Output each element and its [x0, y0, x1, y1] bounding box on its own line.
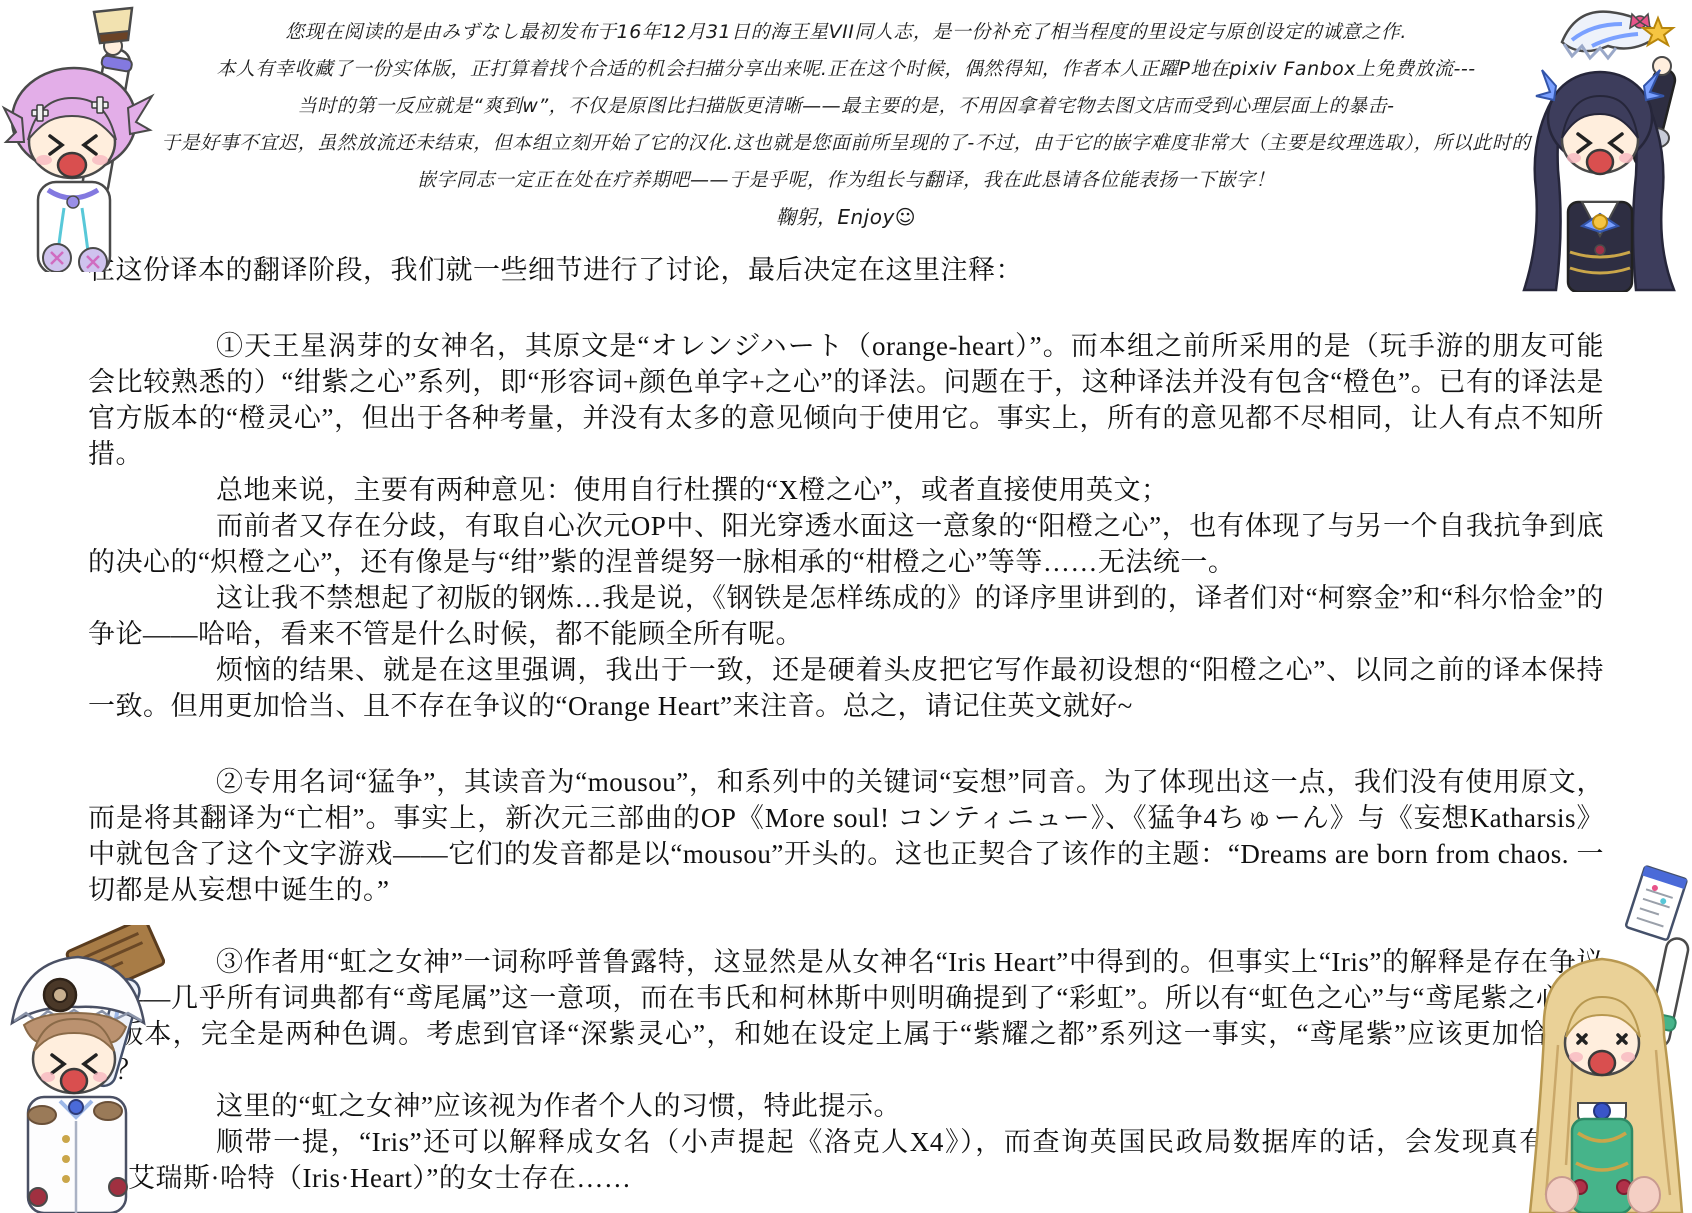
noire-dress	[1568, 202, 1632, 292]
preface-line: 您现在阅读的是由みずなし最初发布于16年12月31日的海王星VII同人志，是一份…	[0, 14, 1692, 51]
blush	[1567, 153, 1581, 163]
neptune-hoodie	[38, 182, 110, 272]
noire-chibi-icon	[1512, 0, 1692, 292]
open-mouth	[1589, 1051, 1615, 1075]
note-paragraph-conclusion: 烦恼的结果、就是在这里强调，我出于一致，还是硬着头皮把它写作最初设想的“阳橙之心…	[88, 652, 1604, 724]
preface-line: 嵌字同志一定正在处在疗养期吧——于是乎呢，作为组长与翻译，我在此恳请各位能表扬一…	[0, 162, 1692, 199]
neptune-chibi-icon	[0, 0, 170, 272]
note-paragraph-3: ③作者用“虹之女神”一词称呼普鲁露特，这显然是从女神名“Iris Heart”中…	[88, 944, 1604, 1088]
flying-hat-icon	[1562, 12, 1673, 58]
note-paragraph-korchagin: 这让我不禁想起了初版的钢炼…我是说，《钢铁是怎样练成的》的译序里讲到的，译者们对…	[88, 580, 1604, 652]
preface-line: 当时的第一反应就是“爽到w”，不仅是原图比扫描版更清晰——最主要的是，不用因拿着…	[0, 88, 1692, 125]
blush	[41, 1072, 55, 1082]
note-paragraph-variants: 而前者又存在分歧，有取自心次元OP中、阳光穿透水面这一意象的“阳橙之心”，也有体…	[88, 508, 1604, 580]
blush	[1569, 1052, 1583, 1062]
open-mouth	[61, 1069, 87, 1093]
blush	[1621, 1052, 1635, 1062]
blush	[92, 155, 108, 165]
translation-notes: 在这份译本的翻译阶段，我们就一些细节进行了讨论，最后决定在这里注释： ①天王星涡…	[88, 252, 1604, 1196]
preface-signature: 鞠躬，Enjoy☺	[0, 199, 1692, 236]
blush	[93, 1072, 107, 1082]
blush	[36, 155, 52, 165]
note-paragraph-iris-name: 顺带一提，“Iris”还可以解释成女名（小声提起《洛克人X4》），而查询英国民政…	[88, 1124, 1604, 1196]
game-box-icon	[1625, 866, 1687, 940]
preface-line: 本人有幸收藏了一份实体版，正打算着找个合适的机会扫描分享出来呢.正在这个时候，偶…	[0, 51, 1692, 88]
scanned-translator-notes-page: 您现在阅读的是由みずなし最初发布于16年12月31日的海王星VII同人志，是一份…	[0, 0, 1692, 1213]
vert-chibi-icon	[1522, 865, 1692, 1213]
note-paragraph-opinions: 总地来说，主要有两种意见：使用自行杜撰的“X橙之心”，或者直接使用英文；	[88, 472, 1604, 508]
note-paragraph-1: ①天王星涡芽的女神名，其原文是“オレンジハート（orange-heart）”。而…	[88, 328, 1604, 472]
note-paragraph-2: ②专用名词“猛争”，其读音为“mousou”，和系列中的关键词“妄想”同音。为了…	[88, 764, 1604, 908]
noire-chibi	[1512, 0, 1692, 292]
neptune-chibi	[0, 0, 170, 272]
pudding-cup-icon	[94, 8, 132, 43]
blanc-chibi-icon	[0, 925, 165, 1213]
vert-chibi	[1522, 865, 1692, 1213]
handwritten-preface: 您现在阅读的是由みずなし最初发布于16年12月31日的海王星VII同人志，是一份…	[0, 0, 1692, 236]
blanc-coat	[28, 1097, 127, 1213]
blush	[1619, 153, 1633, 163]
preface-line: 于是好事不宜迟，虽然放流还未结束，但本组立刻开始了它的汉化.这也就是您面前所呈现…	[0, 125, 1692, 162]
note-paragraph-habit: 这里的“虹之女神”应该视为作者个人的习惯，特此提示。	[88, 1088, 1604, 1124]
notes-intro: 在这份译本的翻译阶段，我们就一些细节进行了讨论，最后决定在这里注释：	[88, 252, 1604, 288]
open-mouth	[1587, 150, 1613, 174]
open-mouth	[58, 153, 86, 177]
blanc-chibi	[0, 925, 165, 1213]
